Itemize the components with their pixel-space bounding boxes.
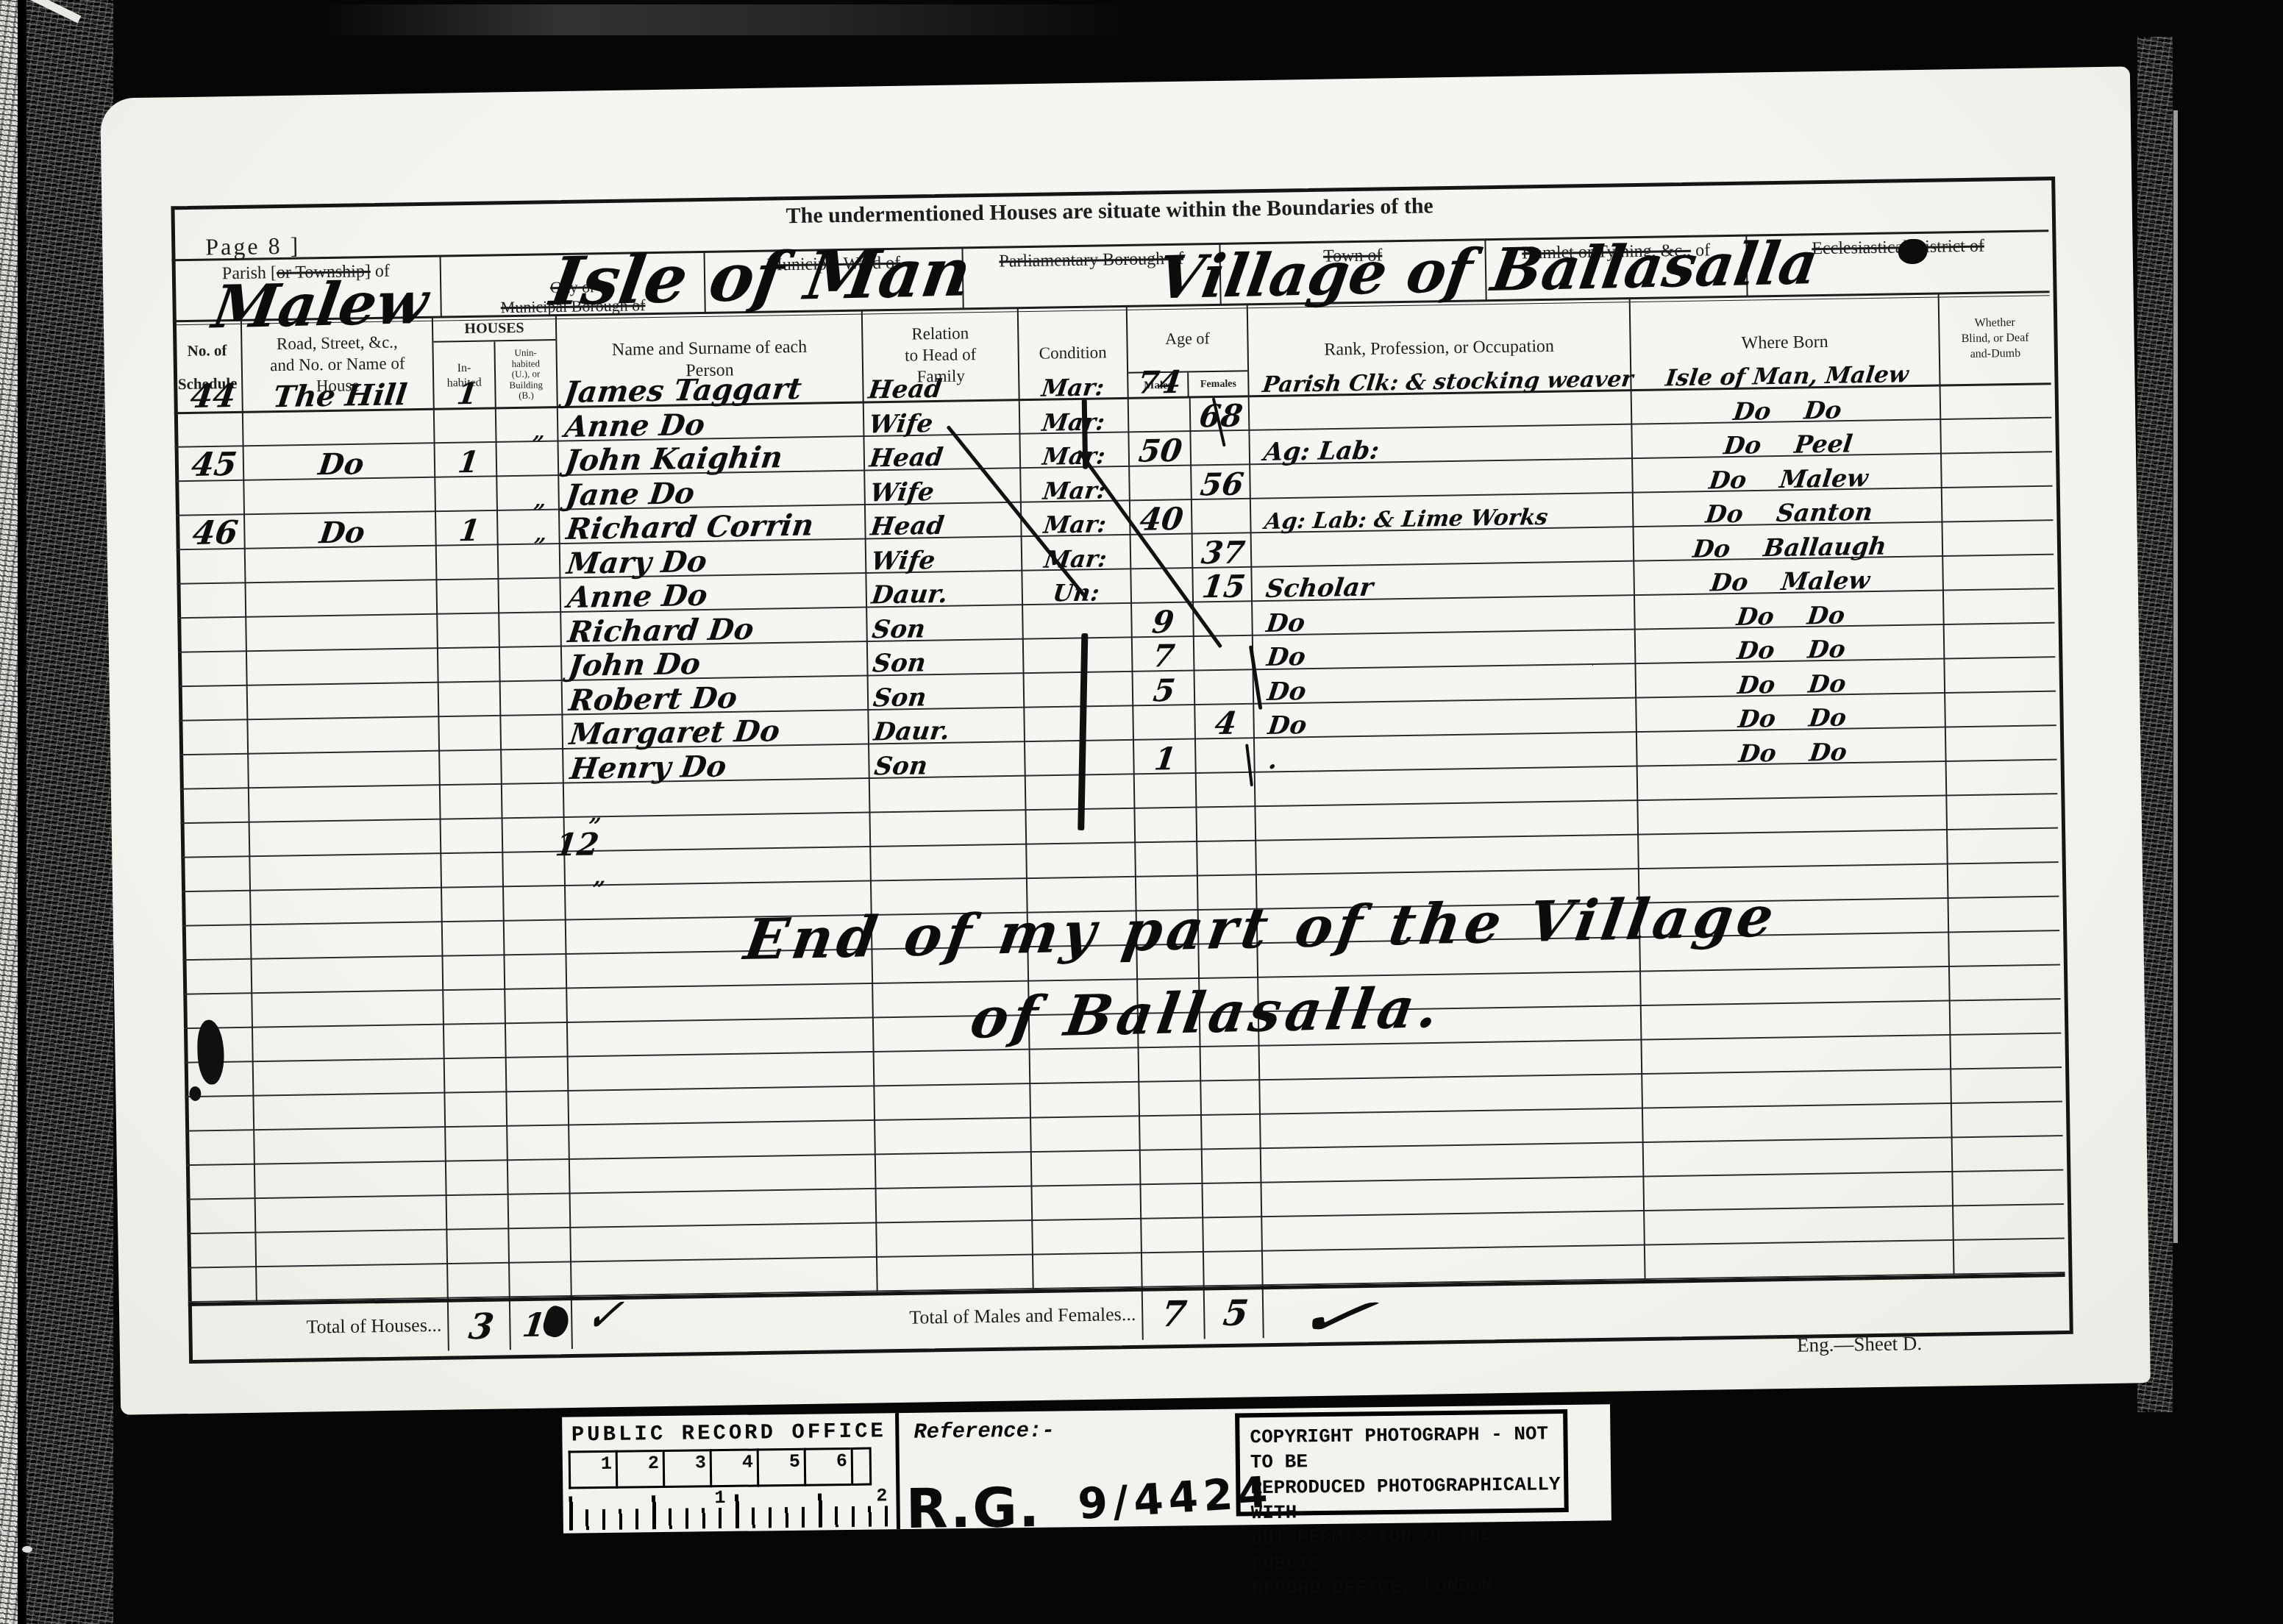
- ruler-inch-1: 1: [714, 1487, 725, 1509]
- cell-name: Richard Corrin: [565, 510, 863, 544]
- cell-road: Do: [249, 517, 436, 549]
- cell-relation: Wife: [869, 546, 1016, 574]
- cell-born: Do Malew: [1636, 464, 1941, 494]
- ruler-cm-cell: 6: [804, 1447, 852, 1486]
- cell-schedule: 44: [179, 380, 247, 413]
- pen-stroke-vertical-1: [1082, 399, 1088, 469]
- cell-name: Richard Do: [566, 613, 864, 647]
- cell-age_m: 40: [1131, 504, 1192, 535]
- colhead-age-group: Age of: [1128, 304, 1247, 372]
- cell-rank: Do: [1265, 605, 1639, 635]
- cell-rank: Do: [1266, 639, 1640, 670]
- cell-name: Anne Do: [563, 407, 861, 441]
- cell-relation: Head: [867, 375, 1014, 402]
- cell-relation: Son: [872, 649, 1019, 676]
- total-houses-check: ✓: [582, 1288, 627, 1342]
- series-code: R.G.: [905, 1476, 1041, 1541]
- ruler-cm-cell: 1: [569, 1450, 616, 1489]
- cell-age_m: 5: [1133, 674, 1194, 706]
- cell-inhabited: 1: [436, 379, 499, 409]
- cell-relation: Daur.: [870, 580, 1017, 608]
- cell-prefix: „: [533, 421, 558, 443]
- total-houses-inhabited: 3: [448, 1306, 515, 1347]
- cell-born: Do Santon: [1637, 499, 1942, 528]
- reference-label: Reference:-: [913, 1419, 1055, 1445]
- cell-relation: Daur.: [872, 717, 1019, 744]
- end-note-line2: of Ballasalla.: [966, 975, 1447, 1051]
- ruler-cm-cell: 5: [757, 1448, 805, 1487]
- cell-relation: Son: [871, 615, 1018, 642]
- cell-born: Do Peel: [1636, 430, 1940, 460]
- cell-rank: Scholar: [1264, 571, 1639, 602]
- total-males: 7: [1142, 1293, 1206, 1335]
- cell-prefix: „: [533, 490, 559, 511]
- cell-name: John Kaighin: [563, 442, 861, 476]
- cell-inhabited: 1: [437, 447, 499, 477]
- cell-age_m: 50: [1130, 435, 1191, 467]
- cell-age_f: 15: [1195, 571, 1252, 602]
- cell-born: Do Do: [1640, 703, 1945, 733]
- cell-age_m: 74: [1129, 367, 1190, 399]
- cell-name: Margaret Do: [568, 716, 866, 749]
- cell-rank: Ag: Lab:: [1262, 434, 1636, 465]
- ruler-inch-2: 2: [876, 1485, 887, 1506]
- ink-blot-district: [1898, 239, 1928, 265]
- cell-rank: Do: [1266, 673, 1640, 704]
- entry-borough: Isle of Man: [546, 233, 977, 321]
- total-persons-check: ✓: [1286, 1283, 1383, 1350]
- film-scratch-right: [2173, 110, 2178, 1243]
- pro-ruler: PUBLIC RECORD OFFICE 123456 1 2: [562, 1413, 900, 1534]
- cell-relation: Son: [873, 752, 1020, 779]
- ruler-cm-stub: [851, 1447, 872, 1486]
- cell-age_f: 4: [1197, 708, 1254, 739]
- cell-condition: Mar:: [1023, 375, 1123, 400]
- cell-condition: Mar:: [1025, 512, 1125, 537]
- census-photograph: The undermentioned Houses are situate wi…: [0, 0, 2283, 1624]
- cell-rank: Parish Clk: & stocking weaver: [1261, 368, 1636, 396]
- ruler-inch-row: 1 2: [569, 1485, 894, 1530]
- cell-age_m: 1: [1135, 743, 1196, 774]
- cell-condition: Mar:: [1024, 444, 1124, 469]
- column-lines: [100, 66, 2130, 98]
- cell-born: Isle of Man, Malew: [1635, 363, 1940, 391]
- cell-born: Do Malew: [1638, 567, 1942, 596]
- film-grain-left: [26, 0, 113, 1624]
- film-sprocket-line: [18, 0, 25, 1624]
- tally-note: 12: [554, 826, 602, 863]
- cell-road: Do: [247, 449, 435, 481]
- table-rows: 44The Hill1James TaggartHeadMar:74Parish…: [100, 66, 2130, 98]
- cell-age_f: 37: [1194, 537, 1251, 569]
- cell-condition: Mar:: [1025, 546, 1125, 571]
- total-houses-label: Total of Houses...: [256, 1314, 441, 1339]
- film-smear-top: [316, 4, 1140, 35]
- ruler-cm-cell: 2: [616, 1450, 663, 1489]
- cell-age_f: 56: [1194, 469, 1250, 500]
- ruler-cm-row: 123456: [569, 1447, 894, 1489]
- cell-relation: Head: [868, 444, 1015, 471]
- ink-speck-margin: [189, 1086, 201, 1101]
- cell-rank: Ag: Lab: & Lime Works: [1264, 505, 1638, 533]
- cell-born: Do Ballaugh: [1637, 533, 1942, 562]
- pro-office-title: PUBLIC RECORD OFFICE: [562, 1419, 895, 1447]
- ruler-cm-cell: 3: [663, 1449, 710, 1488]
- cell-relation: Head: [869, 512, 1016, 539]
- cell-born: Do Do: [1639, 635, 1943, 665]
- total-females: 5: [1205, 1292, 1267, 1334]
- cell-relation: Wife: [867, 410, 1014, 437]
- cell-name: John Do: [567, 647, 865, 681]
- cell-age_m: 7: [1133, 641, 1194, 672]
- cell-condition: Mar:: [1023, 409, 1123, 434]
- cell-born: Do Do: [1635, 396, 1940, 425]
- cell-name: Anne Do: [566, 579, 863, 613]
- colhead-houses-group: HOUSES: [433, 316, 556, 343]
- sheet-label: Eng.—Sheet D.: [1797, 1332, 1923, 1357]
- cell-schedule: 45: [179, 449, 248, 482]
- cell-name: Jane Do: [564, 476, 862, 510]
- cell-name: Robert Do: [567, 681, 865, 715]
- cell-prefix: „: [534, 524, 560, 545]
- cell-born: Do Do: [1641, 738, 1945, 767]
- cell-name: Mary Do: [565, 544, 863, 578]
- ruler-cm-cell: 4: [710, 1448, 758, 1487]
- cell-relation: Son: [872, 683, 1019, 710]
- cell-rank: Do: [1267, 708, 1641, 738]
- cell-born: Do Do: [1639, 601, 1943, 630]
- cell-schedule: 46: [181, 517, 249, 550]
- census-page: The undermentioned Houses are situate wi…: [100, 66, 2151, 1414]
- film-dot-bottomleft: [22, 1546, 32, 1553]
- cell-name: Henry Do: [569, 749, 866, 783]
- copyright-notice: COPYRIGHT PHOTOGRAPH - NOT TO BE REPRODU…: [1235, 1409, 1569, 1517]
- cell-age_m: 9: [1133, 606, 1194, 638]
- cell-born: Do Do: [1639, 669, 1944, 699]
- cell-inhabited: 1: [438, 516, 501, 546]
- cell-name: James Taggart: [563, 374, 861, 407]
- cell-rank: .: [1267, 741, 1642, 772]
- cell-road: The Hill: [246, 380, 434, 413]
- pro-reference-strip: PUBLIC RECORD OFFICE 123456 1 2 Referenc…: [562, 1404, 1611, 1533]
